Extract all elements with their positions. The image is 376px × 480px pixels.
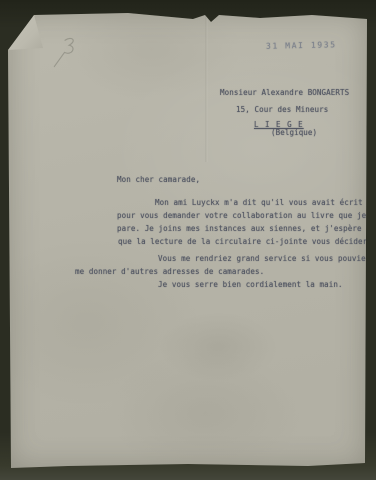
salutation: Mon cher camarade, <box>117 175 200 185</box>
folded-corner <box>8 12 48 56</box>
body-line: Vous me rendriez grand service si vous p… <box>158 254 370 264</box>
body-line: Mon ami Luyckx m'a dit qu'il vous avait … <box>155 198 363 208</box>
body-line: pare. Je joins mes instances aux siennes… <box>117 224 362 234</box>
scan-background: 31 MAI 1935 Monsieur Alexandre BONGAERTS… <box>0 0 376 480</box>
body-line: me donner d'autres adresses de camarades… <box>75 267 264 277</box>
body-line: pour vous demander votre collaboration a… <box>117 211 375 221</box>
date-stamp: 31 MAI 1935 <box>266 40 337 50</box>
recipient-name: Monsieur Alexandre BONGAERTS <box>220 88 349 98</box>
paper-crease <box>205 12 208 162</box>
pencil-mark-icon <box>52 33 82 77</box>
letter-paper: 31 MAI 1935 Monsieur Alexandre BONGAERTS… <box>8 12 367 468</box>
body-line: que la lecture de la circulaire ci-joint… <box>118 237 376 247</box>
recipient-street: 15, Cour des Mineurs <box>236 105 328 115</box>
body-line: Je vous serre bien cordialement la main. <box>158 280 343 290</box>
recipient-country: (Belgique) <box>271 128 317 138</box>
paper-smudge <box>158 312 278 382</box>
